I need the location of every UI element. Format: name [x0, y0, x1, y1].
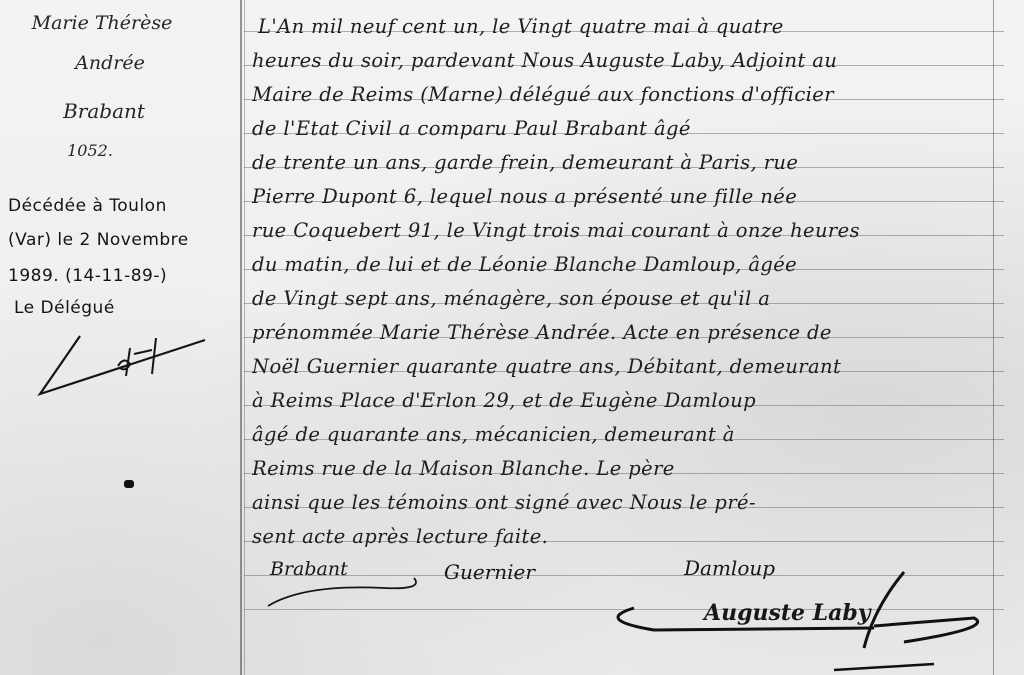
signature-flourish-icon [264, 578, 444, 608]
margin-name-line-3: Brabant [24, 96, 184, 126]
record-line: rue Coquebert 91, le Vingt trois mai cou… [252, 214, 992, 248]
record-body: L'An mil neuf cent un, le Vingt quatre m… [252, 10, 992, 554]
margin-rule [240, 0, 242, 675]
death-annotation-line-1: Décédée à Toulon [8, 196, 240, 216]
scanned-register-page: Marie Thérèse Andrée Brabant 1052. Décéd… [0, 0, 1024, 675]
signature-officer: Auguste Laby [704, 600, 871, 626]
margin-name-line-1: Marie Thérèse [12, 8, 192, 38]
ink-blot [124, 480, 134, 488]
record-line: ainsi que les témoins ont signé avec Nou… [252, 486, 992, 520]
margin-name-line-2: Andrée [30, 48, 190, 78]
death-annotation-line-4: Le Délégué [14, 298, 246, 318]
death-annotation-line-2: (Var) le 2 Novembre [8, 230, 240, 250]
record-line: Reims rue de la Maison Blanche. Le père [252, 452, 992, 486]
record-line: prénommée Marie Thérèse Andrée. Acte en … [252, 316, 992, 350]
record-line: de Vingt sept ans, ménagère, son épouse … [252, 282, 992, 316]
record-line: Pierre Dupont 6, lequel nous a présenté … [252, 180, 992, 214]
record-line: de trente un ans, garde frein, demeurant… [252, 146, 992, 180]
entry-number: 1052. [40, 136, 140, 166]
record-line: heures du soir, pardevant Nous Auguste L… [252, 44, 992, 78]
signature-block: Brabant Guernier Damloup Auguste Laby [244, 548, 1004, 675]
delegue-signature-icon [30, 318, 210, 398]
signature-father: Brabant [270, 558, 348, 580]
record-line: L'An mil neuf cent un, le Vingt quatre m… [252, 10, 992, 44]
record-line: Noël Guernier quarante quatre ans, Débit… [252, 350, 992, 384]
signature-witness-1: Guernier [444, 560, 535, 584]
record-line: à Reims Place d'Erlon 29, et de Eugène D… [252, 384, 992, 418]
record-line: du matin, de lui et de Léonie Blanche Da… [252, 248, 992, 282]
record-line: âgé de quarante ans, mécanicien, demeura… [252, 418, 992, 452]
record-line: de l'Etat Civil a comparu Paul Brabant â… [252, 112, 992, 146]
death-annotation-line-3: 1989. (14-11-89-) [8, 266, 240, 286]
record-line: Maire de Reims (Marne) délégué aux fonct… [252, 78, 992, 112]
